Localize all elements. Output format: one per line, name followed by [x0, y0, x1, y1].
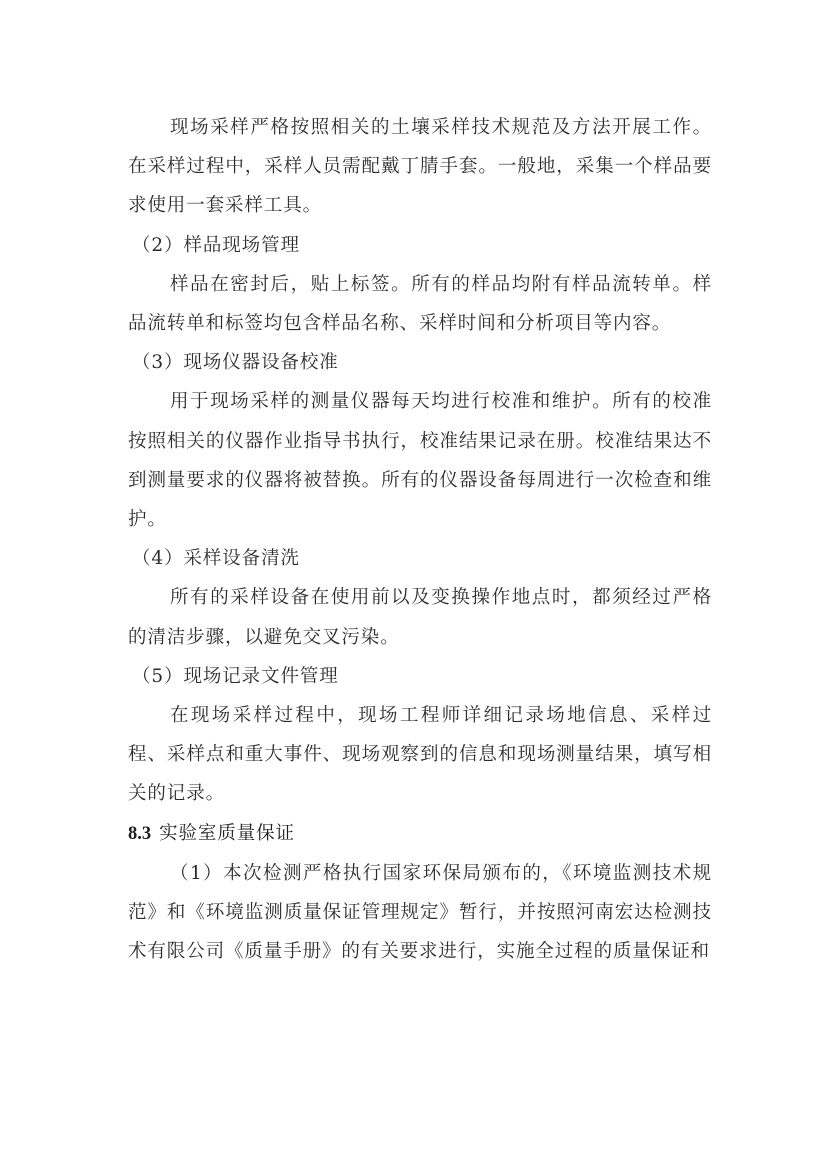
subheading-field-records: （5）现场记录文件管理: [128, 657, 712, 696]
document-page: 现场采样严格按照相关的土壤采样技术规范及方法开展工作。在采样过程中，采样人员需配…: [128, 108, 712, 971]
paragraph-sampling-procedure: 现场采样严格按照相关的土壤采样技术规范及方法开展工作。在采样过程中，采样人员需配…: [128, 108, 712, 226]
paragraph-sample-labeling: 样品在密封后，贴上标签。所有的样品均附有样品流转单。样品流转单和标签均包含样品名…: [128, 265, 712, 343]
subheading-equipment-cleaning: （4）采样设备清洗: [128, 539, 712, 578]
paragraph-instrument-calibration: 用于现场采样的测量仪器每天均进行校准和维护。所有的校准按照相关的仪器作业指导书执…: [128, 382, 712, 539]
section-number: 8.3: [128, 824, 151, 844]
subheading-instrument-calibration: （3）现场仪器设备校准: [128, 343, 712, 382]
subheading-sample-field-management: （2）样品现场管理: [128, 226, 712, 265]
paragraph-field-records: 在现场采样过程中，现场工程师详细记录场地信息、采样过程、采样点和重大事件、现场观…: [128, 696, 712, 814]
section-heading-lab-quality-assurance: 8.3实验室质量保证: [128, 814, 712, 854]
paragraph-equipment-cleaning: 所有的采样设备在使用前以及变换操作地点时，都须经过严格的清洁步骤，以避免交叉污染…: [128, 578, 712, 656]
paragraph-lab-standards: （1）本次检测严格执行国家环保局颁布的，《环境监测技术规范》和《环境监测质量保证…: [128, 854, 712, 972]
section-title: 实验室质量保证: [159, 823, 295, 844]
